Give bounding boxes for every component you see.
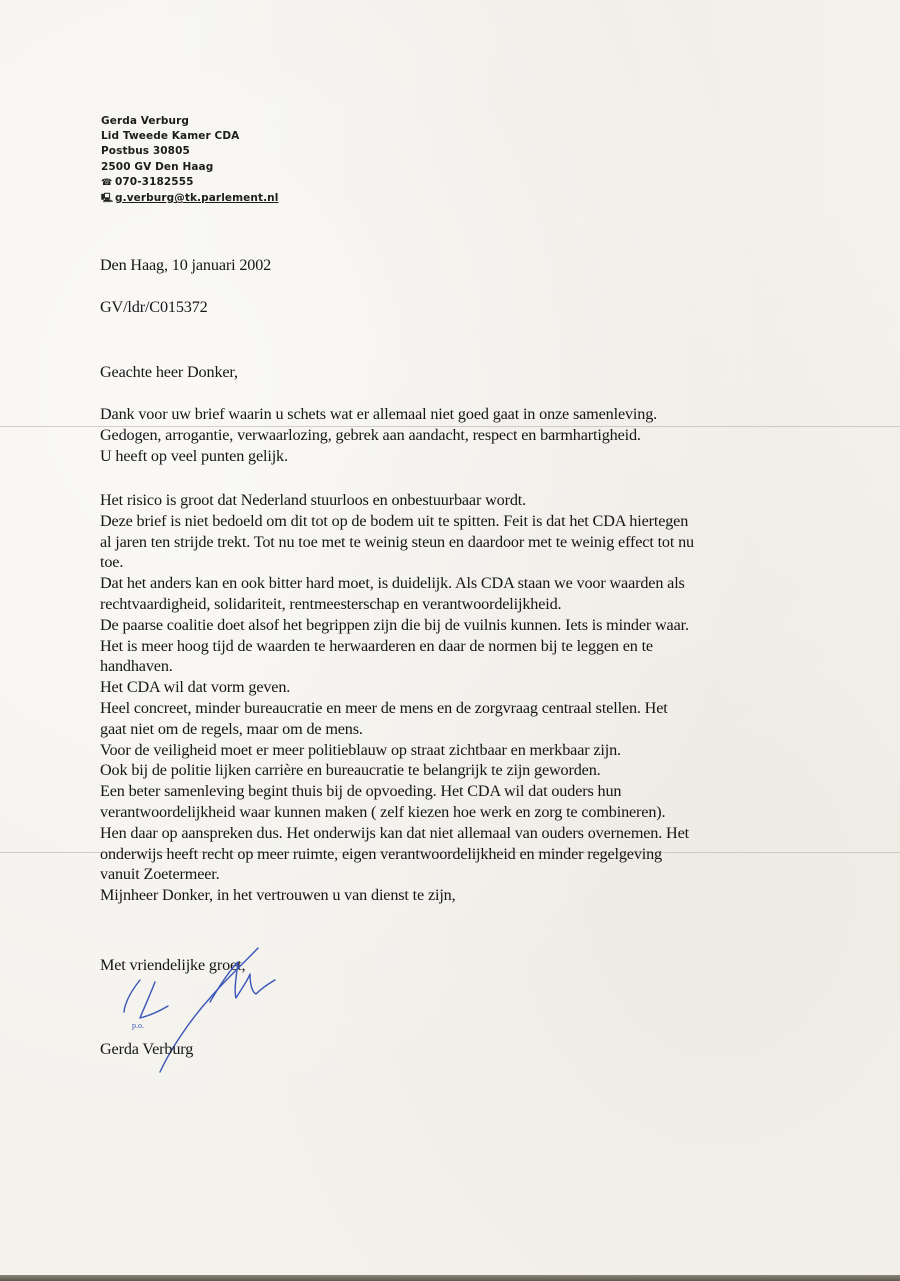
paragraph-line: toe. [100, 552, 694, 573]
paragraph-line: Ook bij de politie lijken carrière en bu… [100, 760, 694, 781]
paragraph-line: Het CDA wil dat vorm geven. [100, 677, 694, 698]
signature-note: p.o. [132, 1021, 144, 1030]
paragraph-line: Hen daar op aanspreken dus. Het onderwij… [100, 823, 694, 844]
page-bottom-edge [0, 1275, 900, 1281]
sender-postbus: Postbus 30805 [101, 144, 278, 159]
paragraph-line: Mijnheer Donker, in het vertrouwen u van… [100, 885, 694, 906]
salutation: Geachte heer Donker, [100, 363, 238, 382]
paragraph-line: Gedogen, arrogantie, verwaarlozing, gebr… [100, 425, 657, 446]
sender-email-line: 🖳g.verburg@tk.parlement.nl [101, 191, 278, 207]
date-line: Den Haag, 10 januari 2002 [100, 256, 271, 275]
reference-number: GV/ldr/C015372 [100, 298, 208, 317]
paragraph-line: handhaven. [100, 656, 694, 677]
paragraph-line: gaat niet om de regels, maar om de mens. [100, 719, 694, 740]
computer-icon: 🖳 [101, 192, 111, 207]
paragraph-line: Het is meer hoog tijd de waarden te herw… [100, 636, 694, 657]
paragraph-2: Het risico is groot dat Nederland stuurl… [100, 490, 694, 906]
paragraph-line: rechtvaardigheid, solidariteit, rentmees… [100, 594, 694, 615]
paragraph-line: Voor de veiligheid moet er meer politieb… [100, 740, 694, 761]
signatory-name: Gerda Verburg [100, 1040, 193, 1059]
sender-city: 2500 GV Den Haag [101, 160, 278, 175]
sender-phone-line: ☎070-3182555 [101, 175, 278, 191]
paragraph-line: U heeft op veel punten gelijk. [100, 446, 657, 467]
paragraph-line: Een beter samenleving begint thuis bij d… [100, 781, 694, 802]
paragraph-line: Heel concreet, minder bureaucratie en me… [100, 698, 694, 719]
letter-paper: Gerda Verburg Lid Tweede Kamer CDA Postb… [0, 0, 900, 1275]
handwritten-signature: p.o. [110, 940, 290, 1080]
paragraph-line: verantwoordelijkheid waar kunnen maken (… [100, 802, 694, 823]
telephone-icon: ☎ [101, 176, 111, 191]
sender-phone: 070-3182555 [115, 176, 194, 188]
paragraph-line: vanuit Zoetermeer. [100, 864, 694, 885]
paragraph-line: al jaren ten strijde trekt. Tot nu toe m… [100, 532, 694, 553]
sender-name: Gerda Verburg [101, 114, 278, 129]
sender-letterhead: Gerda Verburg Lid Tweede Kamer CDA Postb… [101, 114, 278, 207]
paragraph-line: onderwijs heeft recht op meer ruimte, ei… [100, 844, 694, 865]
sender-title: Lid Tweede Kamer CDA [101, 129, 278, 144]
paragraph-line: Dat het anders kan en ook bitter hard mo… [100, 573, 694, 594]
paragraph-line: Het risico is groot dat Nederland stuurl… [100, 490, 694, 511]
paragraph-line: Dank voor uw brief waarin u schets wat e… [100, 404, 657, 425]
sender-email[interactable]: g.verburg@tk.parlement.nl [115, 192, 278, 204]
paragraph-line: De paarse coalitie doet alsof het begrip… [100, 615, 694, 636]
paragraph-line: Deze brief is niet bedoeld om dit tot op… [100, 511, 694, 532]
paragraph-1: Dank voor uw brief waarin u schets wat e… [100, 404, 657, 466]
